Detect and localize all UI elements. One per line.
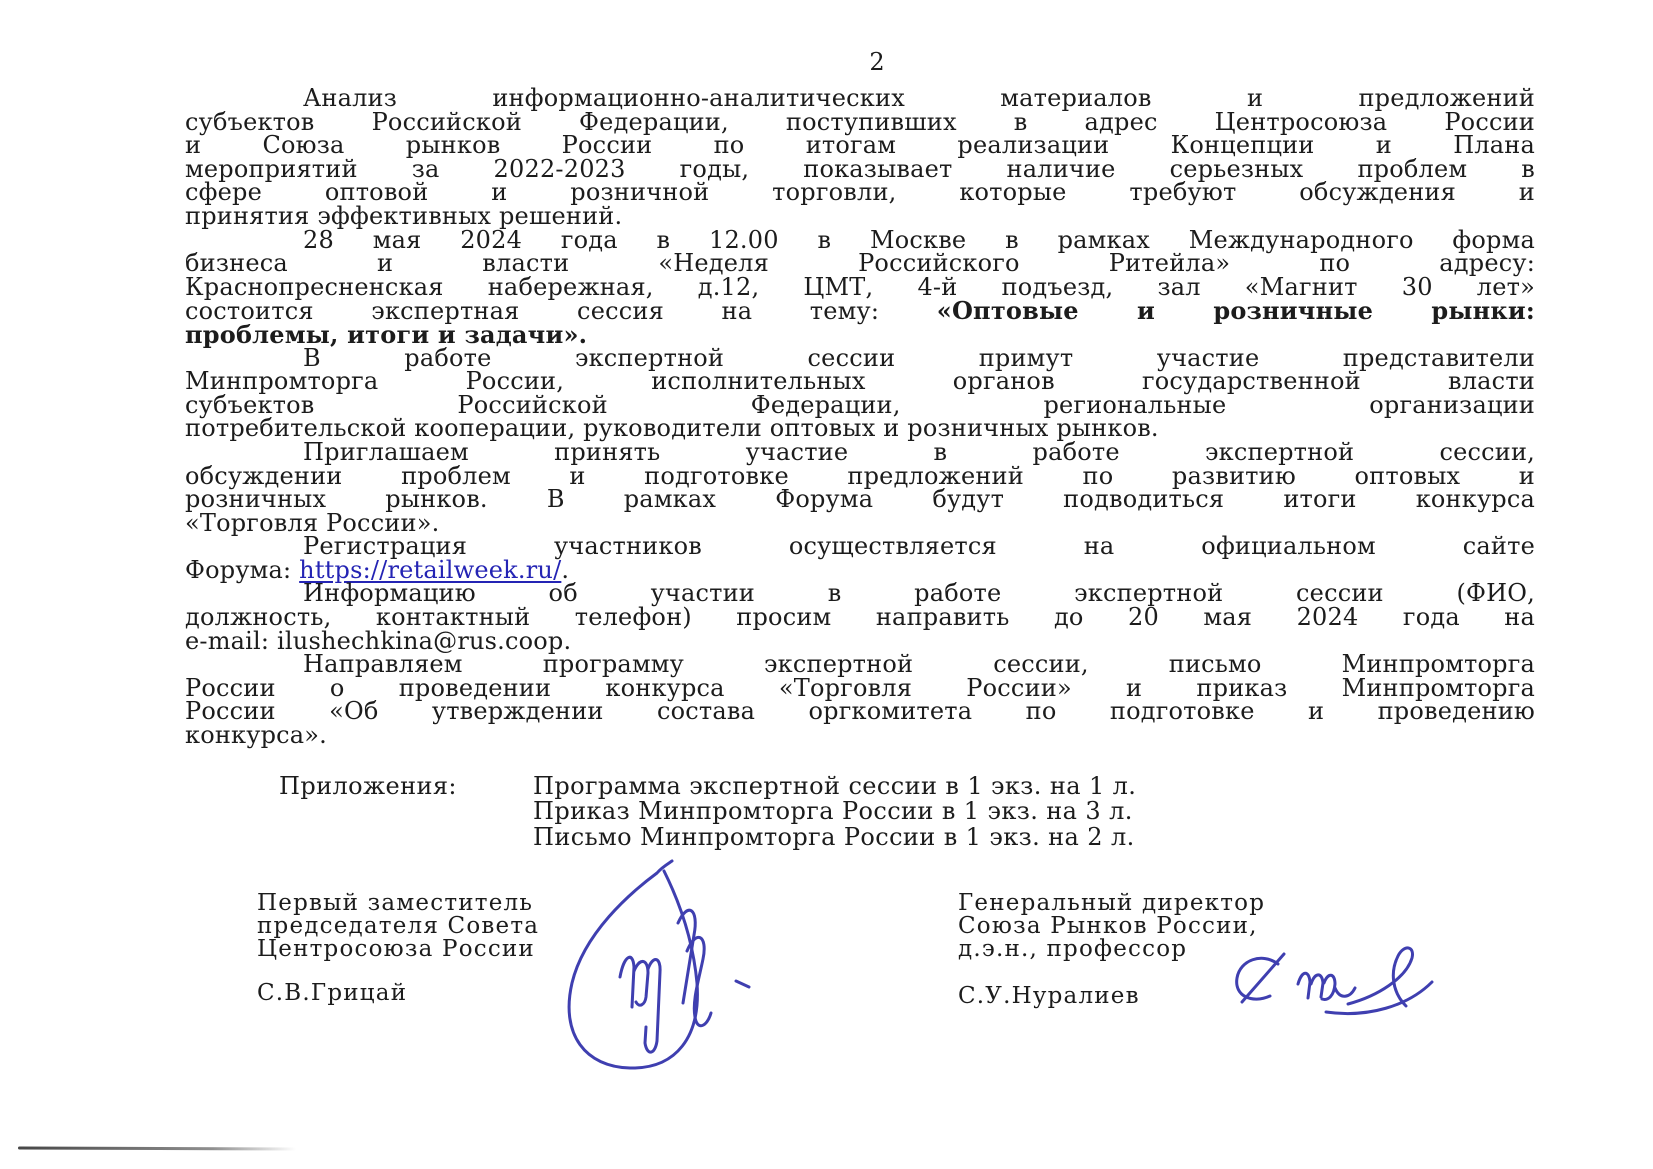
text-line: конкурса». bbox=[185, 724, 1535, 748]
paragraph: Направляем программу экспертной сессии, … bbox=[185, 653, 1535, 747]
paragraph: Информацию об участии в работе экспертно… bbox=[185, 582, 1535, 653]
attachment-item: Приказ Минпромторга России в 1 экз. на 3… bbox=[533, 797, 1133, 825]
signatory-left: Первый заместитель председателя Совета Ц… bbox=[257, 892, 687, 1005]
paragraph: Приглашаем принять участие в работе эксп… bbox=[185, 441, 1535, 535]
text-segment: конкурса». bbox=[185, 721, 327, 749]
text-segment: Форума: bbox=[185, 556, 299, 584]
signatory-title: Генеральный директор Союза Рынков России… bbox=[958, 892, 1418, 961]
paragraph: В работе экспертной сессии примут участи… bbox=[185, 347, 1535, 441]
attachment-line: Приложения:Программа экспертной сессии в… bbox=[185, 774, 1535, 800]
signatory-title: Первый заместитель председателя Совета Ц… bbox=[257, 892, 687, 961]
paragraph: 28 мая 2024 года в 12.00 в Москве в рамк… bbox=[185, 229, 1535, 347]
attachment-line: Приказ Минпромторга России в 1 экз. на 3… bbox=[185, 799, 1535, 825]
signatory-right: Генеральный директор Союза Рынков России… bbox=[958, 892, 1418, 1008]
text-segment: «Оптовые и розничные рынки: bbox=[937, 296, 1535, 325]
attachment-line: Письмо Минпромторга России в 1 экз. на 2… bbox=[185, 825, 1535, 851]
attachment-item: Программа экспертной сессии в 1 экз. на … bbox=[533, 772, 1136, 800]
text-line: России «Об утверждении состава оргкомите… bbox=[185, 700, 1535, 724]
letter-body: Анализ информационно-аналитических матер… bbox=[185, 87, 1535, 1152]
signatory-name: С.У.Нуралиев bbox=[958, 985, 1418, 1008]
attachments-label: Приложения: bbox=[279, 774, 533, 800]
body-text: Анализ информационно-аналитических матер… bbox=[185, 87, 1535, 748]
page-number: 2 bbox=[860, 48, 894, 76]
signature-section: Первый заместитель председателя Совета Ц… bbox=[185, 892, 1535, 1152]
signatory-name: С.В.Грицай bbox=[257, 982, 687, 1005]
attachments-block: Приложения:Программа экспертной сессии в… bbox=[185, 774, 1535, 851]
text-segment: России «Об утверждении состава оргкомите… bbox=[185, 697, 1535, 725]
document-page: 2 Анализ информационно-аналитических мат… bbox=[0, 0, 1653, 1169]
attachment-item: Письмо Минпромторга России в 1 экз. на 2… bbox=[533, 823, 1135, 851]
paragraph: Регистрация участников осуществляется на… bbox=[185, 535, 1535, 582]
paragraph: Анализ информационно-аналитических матер… bbox=[185, 87, 1535, 229]
scan-artifact-line bbox=[18, 1147, 296, 1151]
